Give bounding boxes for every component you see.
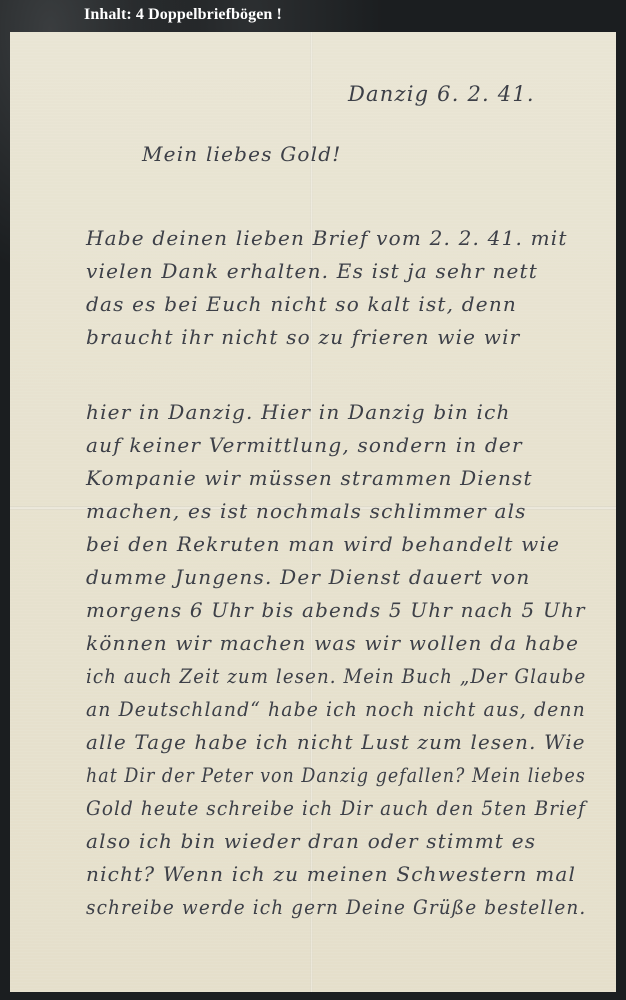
letter-line: hat Dir der Peter von Danzig gefallen? M…	[86, 763, 586, 787]
letter-line: Habe deinen lieben Brief vom 2. 2. 41. m…	[86, 226, 568, 250]
letter-line: dumme Jungens. Der Dienst dauert von	[86, 565, 531, 589]
contents-label: Inhalt: 4 Doppelbriefbögen !	[84, 6, 282, 24]
letter-line: können wir machen was wir wollen da habe	[86, 631, 579, 655]
letter-line: auf keiner Vermittlung, sondern in der	[86, 433, 523, 457]
letter-line: bei den Rekruten man wird behandelt wie	[86, 532, 560, 556]
place-and-date: Danzig 6. 2. 41.	[348, 82, 535, 106]
letter-line: das es bei Euch nicht so kalt ist, denn	[86, 292, 517, 316]
scanned-letter-page: Inhalt: 4 Doppelbriefbögen ! Danzig 6. 2…	[0, 0, 626, 1000]
letter-line: machen, es ist nochmals schlimmer als	[86, 499, 527, 523]
letter-line: also ich bin wieder dran oder stimmt es	[86, 829, 536, 853]
letter-line: nicht? Wenn ich zu meinen Schwestern mal	[86, 862, 576, 886]
letter-line: ich auch Zeit zum lesen. Mein Buch „Der …	[86, 664, 586, 688]
letter-line: Kompanie wir müssen strammen Dienst	[86, 466, 533, 490]
letter-line: an Deutschland“ habe ich noch nicht aus,…	[86, 697, 586, 721]
letter-sheet: Danzig 6. 2. 41. Mein liebes Gold! Habe …	[10, 32, 616, 992]
letter-line: braucht ihr nicht so zu frieren wie wir	[86, 325, 520, 349]
salutation: Mein liebes Gold!	[142, 142, 342, 166]
letter-line: alle Tage habe ich nicht Lust zum lesen.…	[86, 730, 586, 754]
letter-line: vielen Dank erhalten. Es ist ja sehr net…	[86, 259, 538, 283]
letter-line: schreibe werde ich gern Deine Grüße best…	[86, 895, 586, 919]
letter-line: morgens 6 Uhr bis abends 5 Uhr nach 5 Uh…	[86, 598, 586, 622]
letter-line: Gold heute schreibe ich Dir auch den 5te…	[86, 796, 586, 820]
letter-line: hier in Danzig. Hier in Danzig bin ich	[86, 400, 511, 424]
